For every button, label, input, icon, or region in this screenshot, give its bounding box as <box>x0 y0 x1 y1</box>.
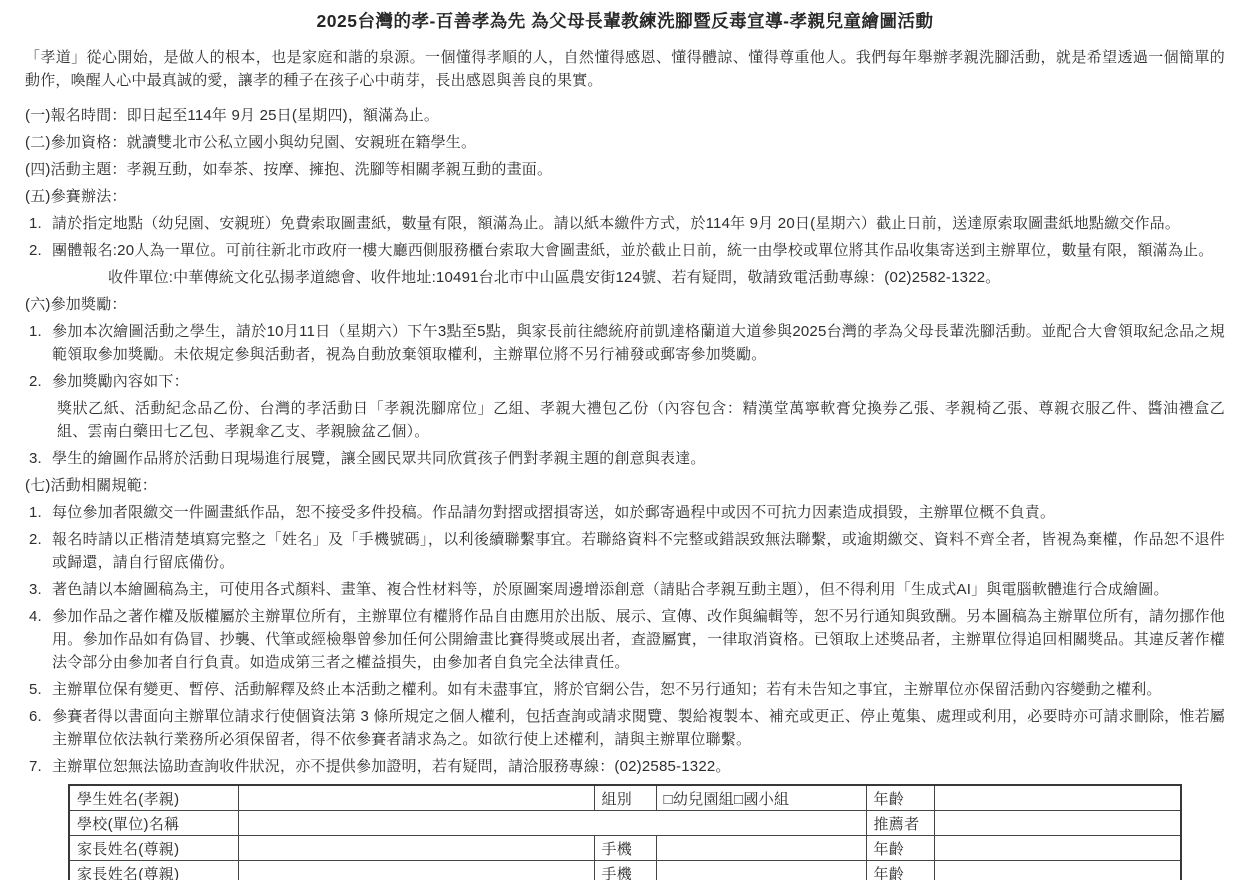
item-text: 參加作品之著作權及版權屬於主辦單位所有，主辦單位有權將作品自由應用於出版、展示、… <box>52 605 1225 674</box>
form-row-student: 學生姓名(孝親) 組別 □幼兒園組□國小組 年齡 <box>69 785 1181 811</box>
rule-item-3: 3. 著色請以本繪圖稿為主，可使用各式顏料、畫筆、複合性材料等，於原圖案周邊增添… <box>25 578 1225 601</box>
parent-age-label: 年齡 <box>866 836 934 861</box>
reward-item-3: 3. 學生的繪圖作品將於活動日現場進行展覽，讓全國民眾共同欣賞孩子們對孝親主題的… <box>25 447 1225 470</box>
student-age-input-cell <box>934 785 1181 811</box>
item-number: 7. <box>25 755 52 778</box>
item-text: 主辦單位保有變更、暫停、活動解釋及終止本活動之權利。如有未盡事宜，將於官網公告，… <box>52 678 1225 701</box>
item-text: 參加獎勵內容如下： <box>52 370 1225 393</box>
item-text: 主辦單位恕無法協助查詢收件狀況，亦不提供參加證明，若有疑問，請洽服務專線：(02… <box>52 755 1225 778</box>
section-entry-method-header: (五)參賽辦法： <box>25 185 1225 208</box>
parent-name-label: 家長姓名(尊親) <box>69 861 238 880</box>
section-rules-header: (七)活動相關規範： <box>25 474 1225 497</box>
item-number: 4. <box>25 605 52 674</box>
section-registration-time: (一)報名時間：即日起至114年 9月 25日(星期四)，額滿為止。 <box>25 104 1225 127</box>
group-label: 組別 <box>594 785 656 811</box>
form-row-school: 學校(單位)名稱 推薦者 <box>69 811 1181 836</box>
item-number: 1. <box>25 320 52 366</box>
parent-age-input-cell <box>934 861 1181 880</box>
item-number: 2. <box>25 239 52 262</box>
phone-label: 手機 <box>594 836 656 861</box>
rule-item-1: 1. 每位參加者限繳交一件圖畫紙作品，恕不接受多件投稿。作品請勿對摺或摺損寄送，… <box>25 501 1225 524</box>
parent-age-label: 年齡 <box>866 861 934 880</box>
phone-input-cell <box>656 861 866 880</box>
student-name-label: 學生姓名(孝親) <box>69 785 238 811</box>
phone-label: 手機 <box>594 861 656 880</box>
item-number: 3. <box>25 578 52 601</box>
item-text: 著色請以本繪圖稿為主，可使用各式顏料、畫筆、複合性材料等，於原圖案周邊增添創意（… <box>52 578 1225 601</box>
recommender-input-cell <box>934 811 1181 836</box>
phone-input-cell <box>656 836 866 861</box>
form-row-parent-2: 家長姓名(尊親) 手機 年齡 <box>69 861 1181 880</box>
entry-item-1: 1. 請於指定地點（幼兒園、安親班）免費索取圖畫紙，數量有限，額滿為止。請以紙本… <box>25 212 1225 235</box>
intro-paragraph: 「孝道」從心開始，是做人的根本，也是家庭和諧的泉源。一個懂得孝順的人，自然懂得感… <box>25 46 1225 92</box>
parent-name-input-cell <box>238 861 594 880</box>
group-options: □幼兒園組□國小組 <box>656 785 866 811</box>
item-text: 參賽者得以書面向主辦單位請求行使個資法第 3 條所規定之個人權利，包括查詢或請求… <box>52 705 1225 751</box>
registration-form-table: 學生姓名(孝親) 組別 □幼兒園組□國小組 年齡 學校(單位)名稱 推薦者 家長… <box>68 784 1182 880</box>
school-name-input-cell <box>238 811 866 836</box>
student-name-input-cell <box>238 785 594 811</box>
item-number: 5. <box>25 678 52 701</box>
item-number: 3. <box>25 447 52 470</box>
parent-name-label: 家長姓名(尊親) <box>69 836 238 861</box>
section-theme: (四)活動主題：孝親互動，如奉茶、按摩、擁抱、洗腳等相關孝親互動的畫面。 <box>25 158 1225 181</box>
recommender-label: 推薦者 <box>866 811 934 836</box>
rule-item-6: 6. 參賽者得以書面向主辦單位請求行使個資法第 3 條所規定之個人權利，包括查詢… <box>25 705 1225 751</box>
section-eligibility: (二)參加資格：就讀雙北市公私立國小與幼兒園、安親班在籍學生。 <box>25 131 1225 154</box>
reward-item-2: 2. 參加獎勵內容如下： <box>25 370 1225 393</box>
section-reward-header: (六)參加獎勵： <box>25 293 1225 316</box>
item-text: 學生的繪圖作品將於活動日現場進行展覽，讓全國民眾共同欣賞孩子們對孝親主題的創意與… <box>52 447 1225 470</box>
item-number: 1. <box>25 501 52 524</box>
item-number: 1. <box>25 212 52 235</box>
rule-item-5: 5. 主辦單位保有變更、暫停、活動解釋及終止本活動之權利。如有未盡事宜，將於官網… <box>25 678 1225 701</box>
parent-age-input-cell <box>934 836 1181 861</box>
recipient-note: 收件單位:中華傳統文化弘揚孝道總會、收件地址:10491台北市中山區農安街124… <box>25 266 1225 289</box>
item-number: 6. <box>25 705 52 751</box>
item-text: 請於指定地點（幼兒園、安親班）免費索取圖畫紙，數量有限，額滿為止。請以紙本繳件方… <box>52 212 1225 235</box>
item-text: 報名時請以正楷清楚填寫完整之「姓名」及「手機號碼」，以利後續聯繫事宜。若聯絡資料… <box>52 528 1225 574</box>
reward-item-1: 1. 參加本次繪圖活動之學生，請於10月11日（星期六）下午3點至5點，與家長前… <box>25 320 1225 366</box>
item-number: 2. <box>25 370 52 393</box>
item-number: 2. <box>25 528 52 574</box>
student-age-label: 年齡 <box>866 785 934 811</box>
item-text: 團體報名:20人為一單位。可前往新北市政府一樓大廳西側服務櫃台索取大會圖畫紙，並… <box>52 239 1225 262</box>
document-page: 2025台灣的孝-百善孝為先 為父母長輩教練洗腳暨反毒宣導-孝親兒童繪圖活動 「… <box>0 0 1250 880</box>
entry-item-2: 2. 團體報名:20人為一單位。可前往新北市政府一樓大廳西側服務櫃台索取大會圖畫… <box>25 239 1225 262</box>
parent-name-input-cell <box>238 836 594 861</box>
rule-item-4: 4. 參加作品之著作權及版權屬於主辦單位所有，主辦單位有權將作品自由應用於出版、… <box>25 605 1225 674</box>
item-text: 參加本次繪圖活動之學生，請於10月11日（星期六）下午3點至5點，與家長前往總統… <box>52 320 1225 366</box>
form-row-parent-1: 家長姓名(尊親) 手機 年齡 <box>69 836 1181 861</box>
school-name-label: 學校(單位)名稱 <box>69 811 238 836</box>
prize-detail: 獎狀乙紙、活動紀念品乙份、台灣的孝活動日「孝親洗腳席位」乙組、孝親大禮包乙份（內… <box>25 397 1225 443</box>
item-text: 每位參加者限繳交一件圖畫紙作品，恕不接受多件投稿。作品請勿對摺或摺損寄送，如於郵… <box>52 501 1225 524</box>
rule-item-2: 2. 報名時請以正楷清楚填寫完整之「姓名」及「手機號碼」，以利後續聯繫事宜。若聯… <box>25 528 1225 574</box>
rule-item-7: 7. 主辦單位恕無法協助查詢收件狀況，亦不提供參加證明，若有疑問，請洽服務專線：… <box>25 755 1225 778</box>
page-title: 2025台灣的孝-百善孝為先 為父母長輩教練洗腳暨反毒宣導-孝親兒童繪圖活動 <box>25 8 1225 34</box>
